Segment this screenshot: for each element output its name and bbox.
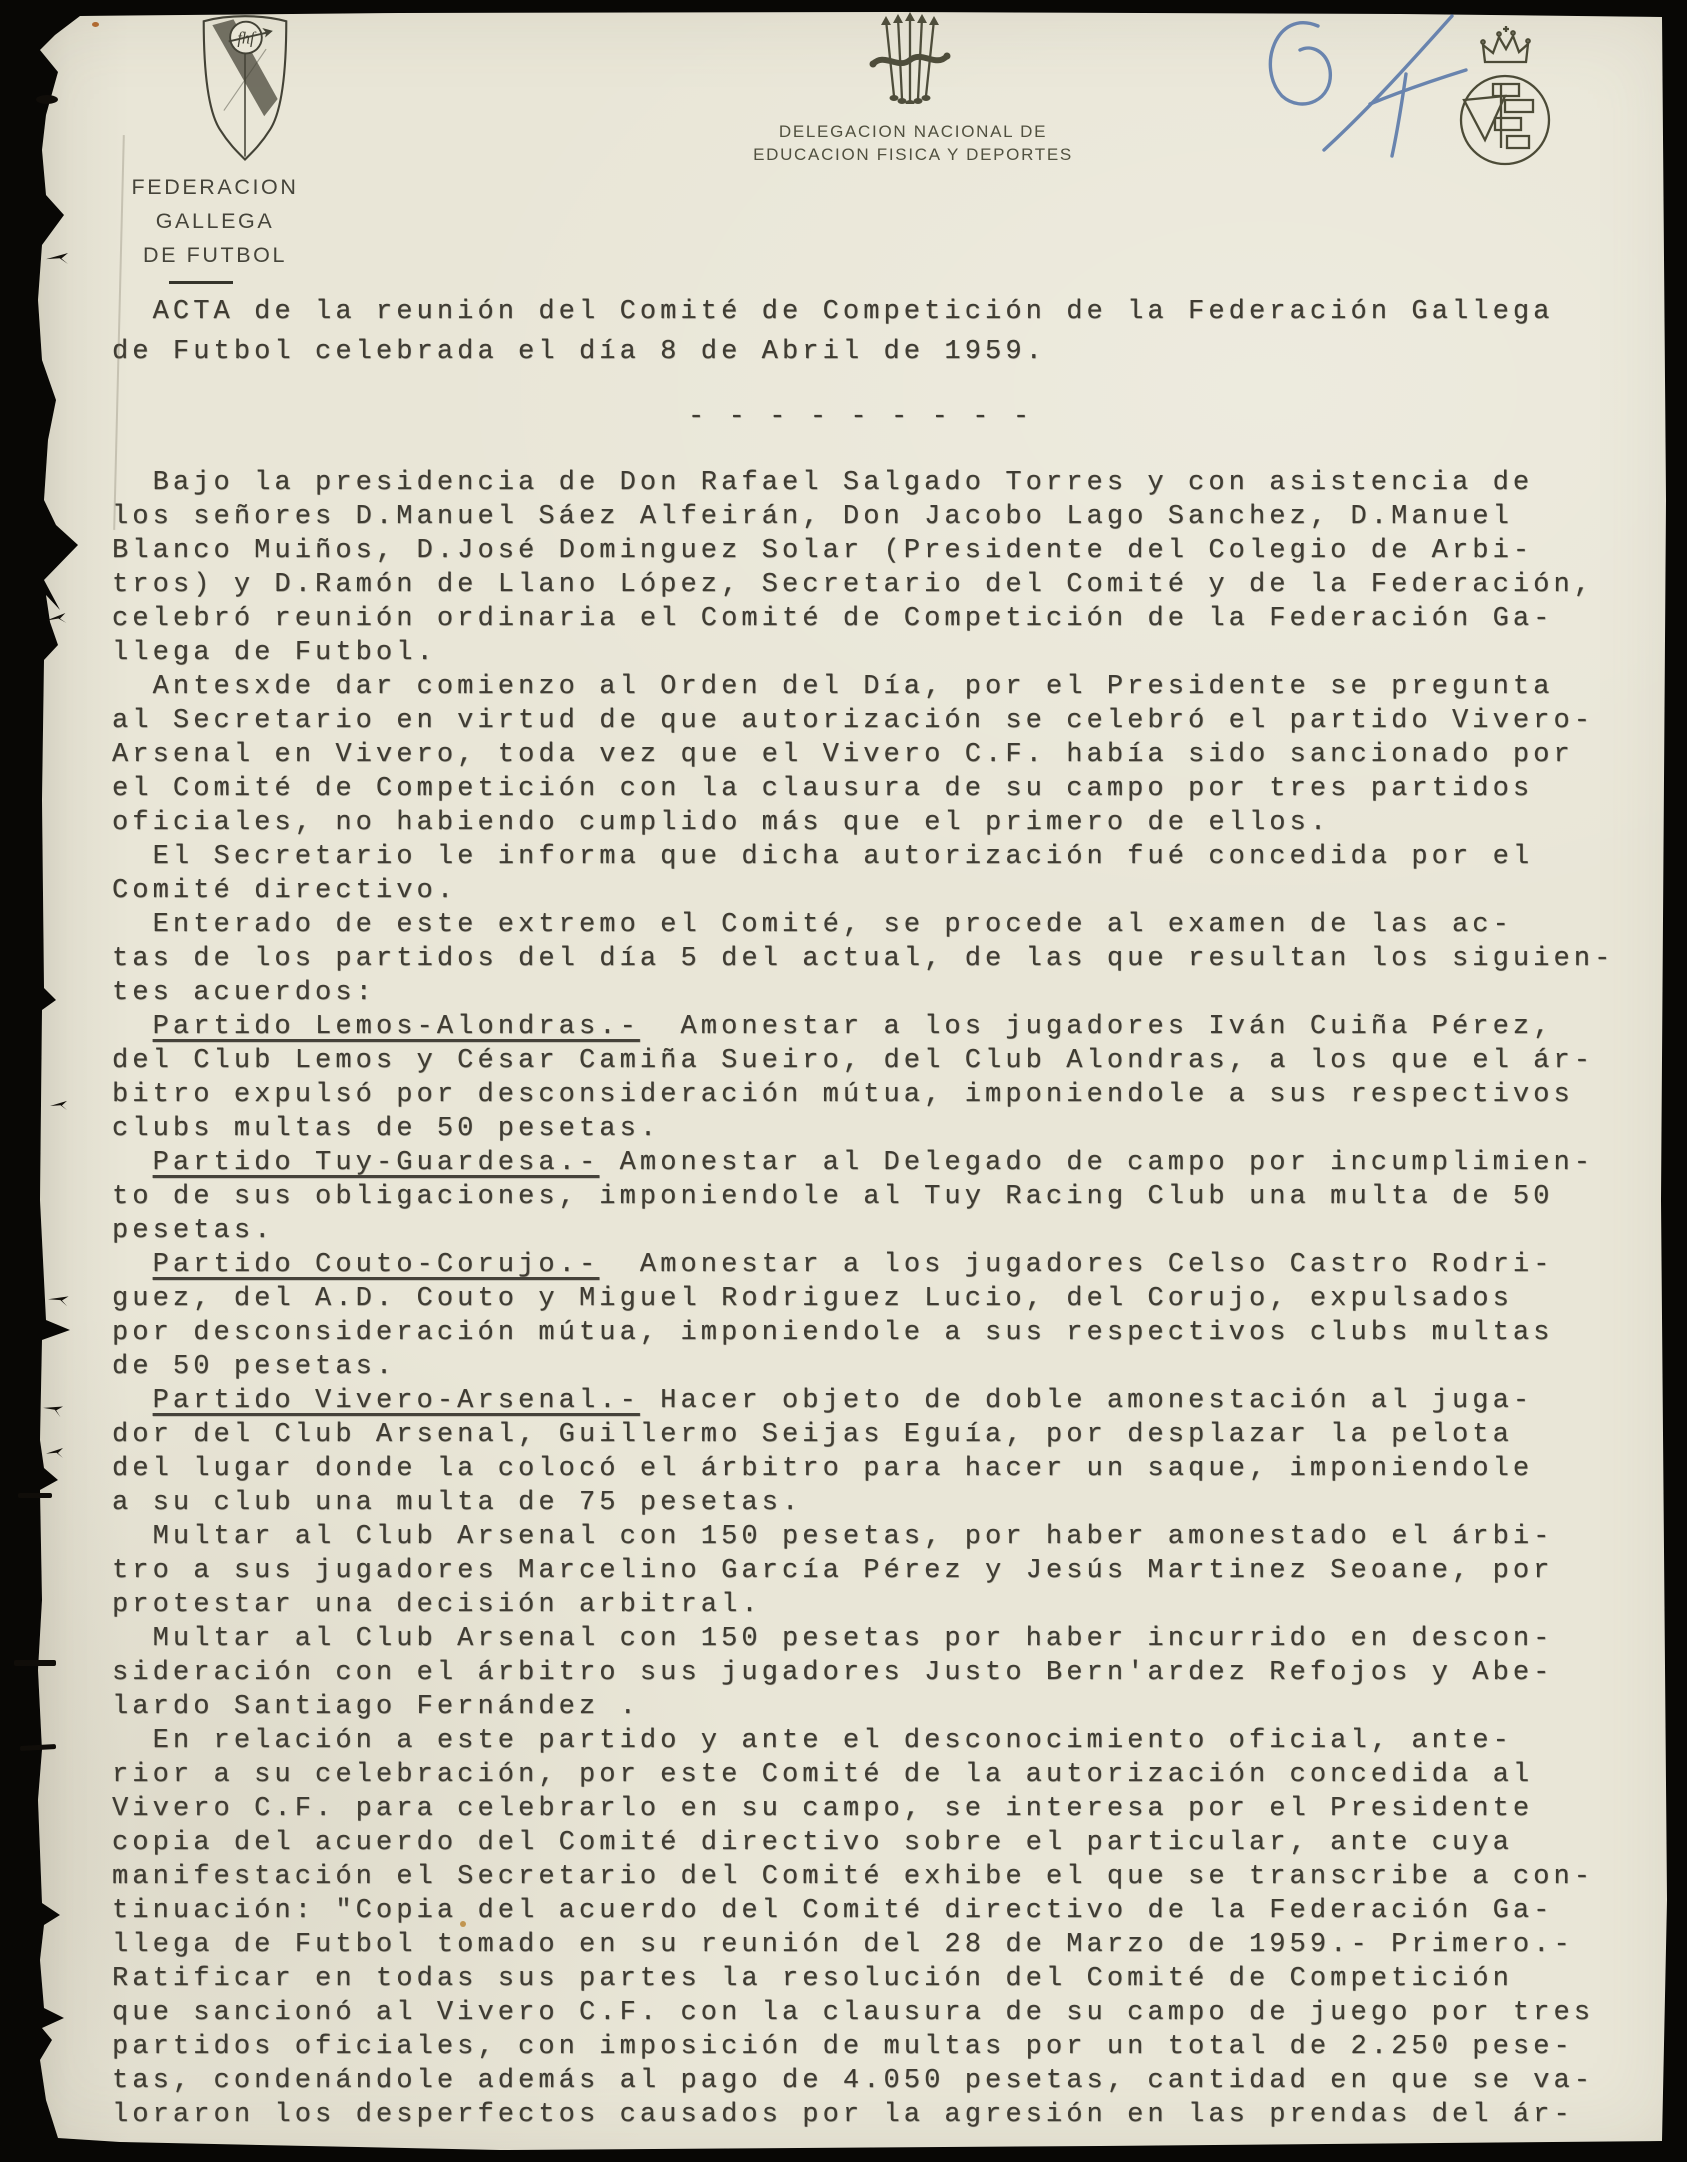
edge-tear xyxy=(36,95,58,104)
typed-line: del lugar donde la colocó el árbitro par… xyxy=(112,1452,1614,1486)
typed-line: Partido Vivero-Arsenal.- Hacer objeto de… xyxy=(112,1384,1614,1418)
margin-tear-mark xyxy=(46,1447,63,1459)
typed-line: En relación a este partido y ante el des… xyxy=(112,1724,1614,1758)
typed-line: que sancionó al Vivero C.F. con la claus… xyxy=(112,1996,1614,2030)
typed-line: Antesxde dar comienzo al Orden del Día, … xyxy=(112,670,1614,704)
typed-line: al Secretario en virtud de que autorizac… xyxy=(112,704,1614,738)
typed-line: Partido Couto-Corujo.- Amonestar a los j… xyxy=(112,1248,1614,1282)
delegation-line1: DELEGACION NACIONAL DE xyxy=(748,120,1078,143)
margin-tear-mark xyxy=(46,252,68,265)
typed-line: los señores D.Manuel Sáez Alfeirán, Don … xyxy=(112,500,1614,534)
typed-line: de 50 pesetas. xyxy=(112,1350,1614,1384)
delegation-line2: EDUCACION FISICA Y DEPORTES xyxy=(748,143,1078,166)
federation-name-line1: FEDERACION GALLEGA xyxy=(100,170,330,238)
typed-line: ACTA de la reunión del Comité de Competi… xyxy=(112,292,1554,332)
typed-line: del Club Lemos y César Camiña Sueiro, de… xyxy=(112,1044,1614,1078)
typed-line: tas, condenándole además al pago de 4.05… xyxy=(112,2064,1614,2098)
document-page: { "header": { "federation_name_line1": "… xyxy=(0,0,1687,2162)
typed-line: Multar al Club Arsenal con 150 pesetas, … xyxy=(112,1520,1614,1554)
typed-line: celebró reunión ordinaria el Comité de C… xyxy=(112,602,1614,636)
typed-line: El Secretario le informa que dicha autor… xyxy=(112,840,1614,874)
typed-line: Multar al Club Arsenal con 150 pesetas p… xyxy=(112,1622,1614,1656)
royal-crest-icon xyxy=(1448,24,1562,182)
typed-line: clubs multas de 50 pesetas. xyxy=(112,1112,1614,1146)
typed-line: llega de Futbol. xyxy=(112,636,1614,670)
ink-speck xyxy=(460,1921,466,1927)
typed-line: de Futbol celebrada el día 8 de Abril de… xyxy=(112,332,1554,372)
acta-title: ACTA de la reunión del Comité de Competi… xyxy=(112,292,1554,372)
typed-line: Partido Tuy-Guardesa.- Amonestar al Dele… xyxy=(112,1146,1614,1180)
typed-line: tes acuerdos: xyxy=(112,976,1614,1010)
typed-line: Bajo la presidencia de Don Rafael Salgad… xyxy=(112,466,1614,500)
typed-line: pesetas. xyxy=(112,1214,1614,1248)
typed-line: Ratificar en todas sus partes la resoluc… xyxy=(112,1962,1614,1996)
edge-tear xyxy=(20,1744,56,1751)
typed-line: Arsenal en Vivero, toda vez que el Viver… xyxy=(112,738,1614,772)
typed-line: Enterado de este extremo el Comité, se p… xyxy=(112,908,1614,942)
delegation-title: DELEGACION NACIONAL DE EDUCACION FISICA … xyxy=(748,120,1078,166)
typed-line: sideración con el árbitro sus jugadores … xyxy=(112,1656,1614,1690)
separator-dashes: - - - - - - - - - xyxy=(688,400,1033,434)
federation-name-line2: DE FUTBOL xyxy=(100,238,330,272)
typed-line: manifestación el Secretario del Comité e… xyxy=(112,1860,1614,1894)
typed-line: oficiales, no habiendo cumplido más que … xyxy=(112,806,1614,840)
typed-line: por desconsideración mútua, imponiendole… xyxy=(112,1316,1614,1350)
typed-line: llega de Futbol tomado en su reunión del… xyxy=(112,1928,1614,1962)
edge-tear xyxy=(18,1493,52,1498)
typed-line: Blanco Muiños, D.José Dominguez Solar (P… xyxy=(112,534,1614,568)
typed-line: tros) y D.Ramón de Llano López, Secretar… xyxy=(112,568,1614,602)
federation-name: FEDERACION GALLEGA DE FUTBOL xyxy=(100,170,330,284)
federation-shield-icon: fhf xyxy=(197,12,293,162)
rust-speck xyxy=(92,22,99,27)
edge-tear xyxy=(14,1660,56,1666)
margin-tear-mark xyxy=(47,1293,68,1308)
margin-tear-mark xyxy=(50,1100,67,1111)
typed-line: a su club una multa de 75 pesetas. xyxy=(112,1486,1614,1520)
typed-line: bitro expulsó por desconsideración mútua… xyxy=(112,1078,1614,1112)
federation-name-underline xyxy=(169,281,233,284)
typed-line: rior a su celebración, por este Comité d… xyxy=(112,1758,1614,1792)
typed-line: lardo Santiago Fernández . xyxy=(112,1690,1614,1724)
typed-line: tro a sus jugadores Marcelino García Pér… xyxy=(112,1554,1614,1588)
typed-line: tas de los partidos del día 5 del actual… xyxy=(112,942,1614,976)
typed-line: Partido Lemos-Alondras.- Amonestar a los… xyxy=(112,1010,1614,1044)
typed-line: loraron los desperfectos causados por la… xyxy=(112,2098,1614,2132)
typed-line: Comité directivo. xyxy=(112,874,1614,908)
typed-line: el Comité de Competición con la clausura… xyxy=(112,772,1614,806)
typed-line: dor del Club Arsenal, Guillermo Seijas E… xyxy=(112,1418,1614,1452)
typed-line: tinuación: "Copia del acuerdo del Comité… xyxy=(112,1894,1614,1928)
typed-line: guez, del A.D. Couto y Miguel Rodriguez … xyxy=(112,1282,1614,1316)
typed-body: Bajo la presidencia de Don Rafael Salgad… xyxy=(112,466,1614,2132)
typed-line: protestar una decisión arbitral. xyxy=(112,1588,1614,1622)
typed-line: Vivero C.F. para celebrarlo en su campo,… xyxy=(112,1792,1614,1826)
typed-line: copia del acuerdo del Comité directivo s… xyxy=(112,1826,1614,1860)
typed-line: to de sus obligaciones, imponiendole al … xyxy=(112,1180,1614,1214)
yoke-and-arrows-icon xyxy=(860,12,960,104)
typed-line: partidos oficiales, con imposición de mu… xyxy=(112,2030,1614,2064)
margin-tear-mark xyxy=(45,612,66,626)
margin-tear-mark xyxy=(42,1401,64,1418)
